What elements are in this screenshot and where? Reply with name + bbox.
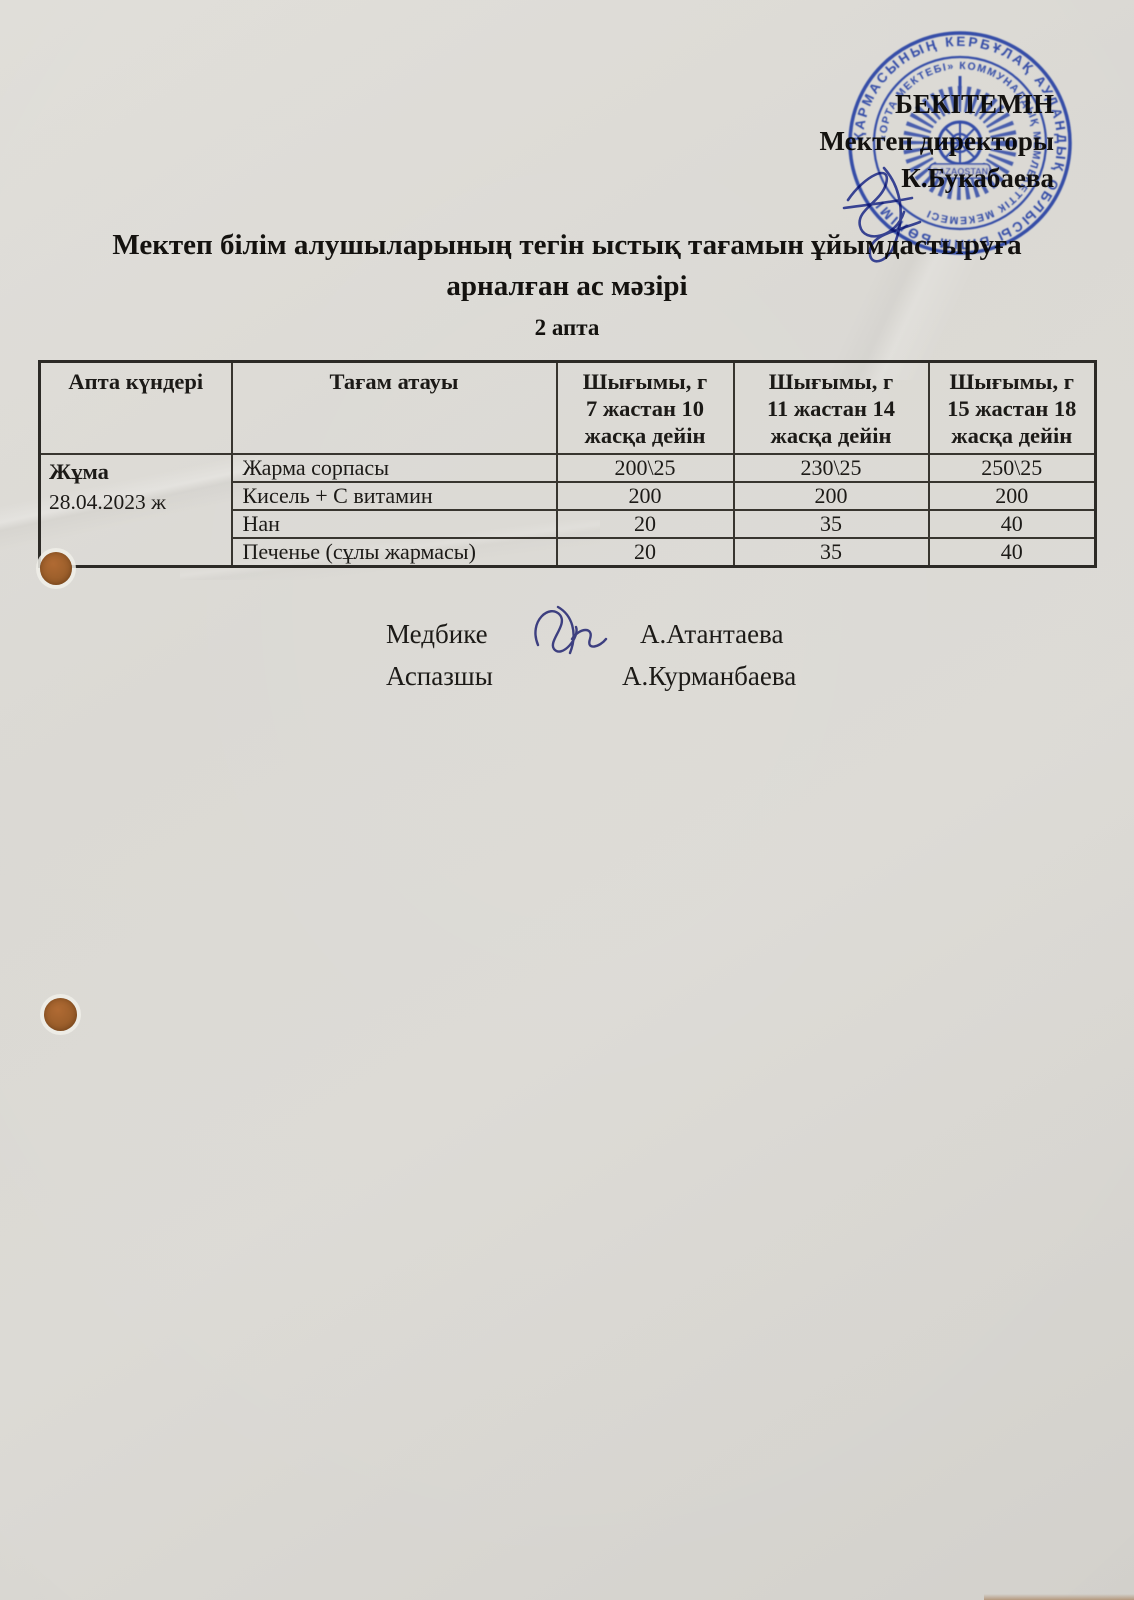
header-line: жасқа дейін: [559, 422, 732, 449]
header-line: Шығымы, г: [736, 368, 927, 395]
portion-value: 250\25: [929, 454, 1096, 482]
portion-value: 35: [734, 510, 929, 538]
portion-value: 35: [734, 538, 929, 567]
portion-value: 230\25: [734, 454, 929, 482]
dish-name: Нан: [232, 510, 557, 538]
table-row: Жұма 28.04.2023 ж Жарма сорпасы 200\25 2…: [40, 454, 1096, 482]
dish-name: Печенье (сұлы жармасы): [232, 538, 557, 567]
header-line: жасқа дейін: [736, 422, 927, 449]
col-header-portion-7-10: Шығымы, г 7 жастан 10 жасқа дейін: [557, 362, 734, 455]
header-line: жасқа дейін: [931, 422, 1094, 449]
portion-value: 40: [929, 510, 1096, 538]
header-line: Шығымы, г: [559, 368, 732, 395]
signer-role-nurse: Медбике: [386, 619, 488, 650]
scanned-document-page: БЕКІТЕМІН Мектеп директоры К.Букабаева: [0, 0, 1134, 1600]
menu-table-header: Апта күндері Тағам атауы Шығымы, г 7 жас…: [40, 362, 1096, 455]
menu-table: Апта күндері Тағам атауы Шығымы, г 7 жас…: [38, 360, 1097, 568]
col-header-portion-15-18: Шығымы, г 15 жастан 18 жасқа дейін: [929, 362, 1096, 455]
punch-hole-bottom: [44, 998, 77, 1031]
nurse-signature-icon: [522, 597, 618, 669]
signer-role-cook: Аспазшы: [386, 661, 493, 692]
signer-name-nurse: А.Атантаева: [640, 619, 783, 650]
col-header-weekday: Апта күндері: [40, 362, 232, 455]
portion-value: 200: [557, 482, 734, 510]
portion-value: 200: [734, 482, 929, 510]
portion-value: 200: [929, 482, 1096, 510]
punch-hole-top: [40, 552, 72, 585]
portion-value: 200\25: [557, 454, 734, 482]
desk-edge: [984, 1594, 1134, 1600]
portion-value: 20: [557, 538, 734, 567]
day-name: Жұма: [49, 457, 223, 487]
dish-name: Кисель + С витамин: [232, 482, 557, 510]
header-line: Шығымы, г: [931, 368, 1094, 395]
title-week: 2 апта: [0, 314, 1134, 342]
day-cell: Жұма 28.04.2023 ж: [40, 454, 232, 567]
menu-table-body: Жұма 28.04.2023 ж Жарма сорпасы 200\25 2…: [40, 454, 1096, 567]
portion-value: 40: [929, 538, 1096, 567]
col-header-portion-11-14: Шығымы, г 11 жастан 14 жасқа дейін: [734, 362, 929, 455]
day-date: 28.04.2023 ж: [49, 487, 223, 517]
header-line: 7 жастан 10: [559, 395, 732, 422]
signer-name-cook: А.Курманбаева: [622, 661, 796, 692]
header-line: 11 жастан 14: [736, 395, 927, 422]
dish-name: Жарма сорпасы: [232, 454, 557, 482]
col-header-dish: Тағам атауы: [232, 362, 557, 455]
director-signature-icon: [834, 138, 1014, 278]
portion-value: 20: [557, 510, 734, 538]
header-line: 15 жастан 18: [931, 395, 1094, 422]
